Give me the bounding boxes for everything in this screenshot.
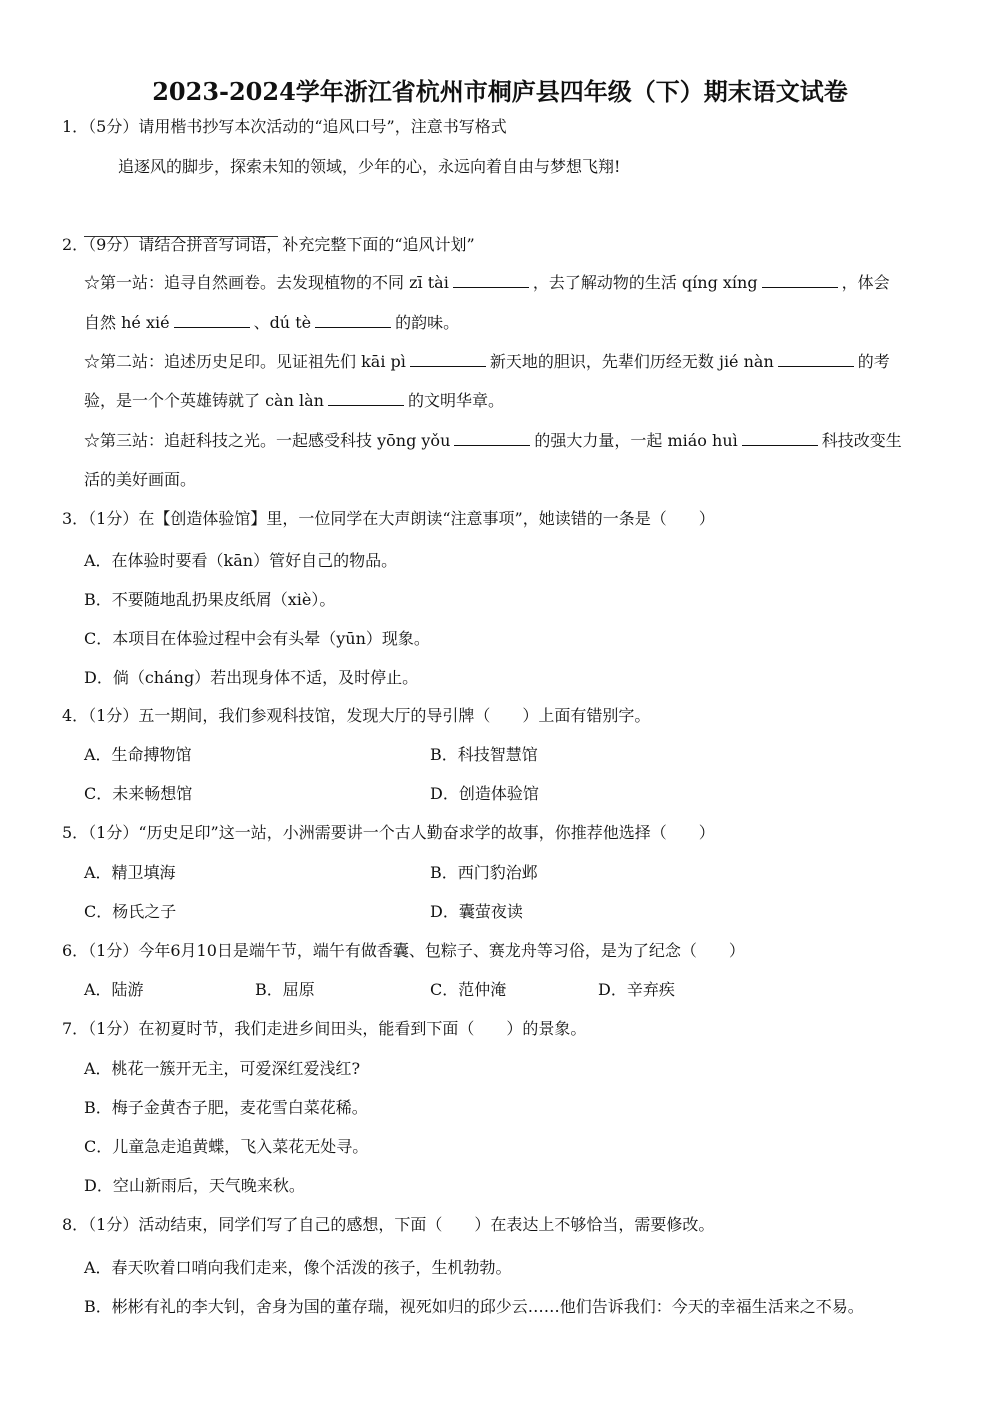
question-2-station-3-line-2: 活的美好画面。 <box>84 470 196 490</box>
question-5-option-c[interactable]: C．杨氏之子 <box>84 902 176 922</box>
station-2-text-b: 新天地的胆识，先辈们历经无数 jié nàn <box>490 352 774 371</box>
question-3-option-a[interactable]: A．在体验时要看（kān）管好自己的物品。 <box>84 551 397 571</box>
station-1-text-d: 自然 hé xié <box>84 313 170 332</box>
blank-canlan[interactable] <box>328 391 404 406</box>
question-6-option-b[interactable]: B．屈原 <box>255 980 315 1000</box>
blank-qingxing[interactable] <box>762 273 838 288</box>
blank-yongyou[interactable] <box>454 431 530 446</box>
question-4-stem: 4．（1分）五一期间，我们参观科技馆，发现大厅的导引牌（ ）上面有错别字。 <box>62 706 650 726</box>
question-2-station-3-line-1: ☆第三站：追赶科技之光。一起感受科技 yōng yǒu的强大力量，一起 miáo… <box>84 431 902 451</box>
question-2-stem: 2．（9分）请结合拼音写词语，补充完整下面的“追风计划” <box>62 235 475 255</box>
question-2-station-2-line-1: ☆第二站：追述历史足印。见证祖先们 kāi pì新天地的胆识，先辈们历经无数 j… <box>84 352 890 372</box>
question-6-option-d[interactable]: D．辛弃疾 <box>598 980 675 1000</box>
question-3-option-d[interactable]: D．倘（cháng）若出现身体不适，及时停止。 <box>84 668 418 688</box>
question-2-station-2-line-2: 验，是一个个英雄铸就了 càn làn的文明华章。 <box>84 391 504 411</box>
question-4-option-c[interactable]: C．未来畅想馆 <box>84 784 192 804</box>
question-3-stem: 3．（1分）在【创造体验馆】里，一位同学在大声朗读“注意事项”，她读错的一条是（… <box>62 509 715 529</box>
blank-miaohui[interactable] <box>742 431 818 446</box>
station-1-text-c: ，体会 <box>842 273 890 292</box>
station-3-text-a: ☆第三站：追赶科技之光。一起感受科技 yōng yǒu <box>84 431 450 450</box>
question-5-option-b[interactable]: B．西门豹治邺 <box>430 863 538 883</box>
question-3-option-c[interactable]: C．本项目在体验过程中会有头晕（yūn）现象。 <box>84 629 430 649</box>
question-2-station-1-line-1: ☆第一站：追寻自然画卷。去发现植物的不同 zī tài，去了解动物的生活 qín… <box>84 273 890 293</box>
question-8-option-b[interactable]: B．彬彬有礼的李大钊，舍身为国的董存瑞，视死如归的邱少云……他们告诉我们：今天的… <box>84 1297 864 1317</box>
question-8-option-a[interactable]: A．春天吹着口哨向我们走来，像个活泼的孩子，生机勃勃。 <box>84 1258 512 1278</box>
question-5-option-d[interactable]: D．囊萤夜读 <box>430 902 523 922</box>
blank-dute[interactable] <box>315 313 391 328</box>
station-1-text-f: 的韵味。 <box>395 313 459 332</box>
question-1-slogan: 追逐风的脚步，探索未知的领域，少年的心，永远向着自由与梦想飞翔! <box>118 157 620 177</box>
exam-title: 2023-2024学年浙江省杭州市桐庐县四年级（下）期末语文试卷 <box>0 72 1000 107</box>
question-7-option-d[interactable]: D．空山新雨后，天气晚来秋。 <box>84 1176 305 1196</box>
question-5-option-a[interactable]: A．精卫填海 <box>84 863 176 883</box>
station-3-text-b: 的强大力量，一起 miáo huì <box>534 431 737 450</box>
question-2-station-1-line-2: 自然 hé xié、dú tè的韵味。 <box>84 313 459 333</box>
question-7-option-b[interactable]: B．梅子金黄杏子肥，麦花雪白菜花稀。 <box>84 1098 368 1118</box>
question-5-stem: 5．（1分）“历史足印”这一站，小洲需要讲一个古人勤奋求学的故事，你推荐他选择（… <box>62 823 715 843</box>
station-1-text-a: ☆第一站：追寻自然画卷。去发现植物的不同 zī tài <box>84 273 449 292</box>
station-2-text-d: 验，是一个个英雄铸就了 càn làn <box>84 391 324 410</box>
blank-jienan[interactable] <box>778 352 854 367</box>
question-3-option-b[interactable]: B．不要随地乱扔果皮纸屑（xiè）。 <box>84 590 335 610</box>
question-4-option-a[interactable]: A．生命搏物馆 <box>84 745 192 765</box>
question-8-stem: 8．（1分）活动结束，同学们写了自己的感想，下面（ ）在表达上不够恰当，需要修改… <box>62 1215 714 1235</box>
station-1-text-e: 、dú tè <box>254 313 312 332</box>
question-4-option-b[interactable]: B．科技智慧馆 <box>430 745 538 765</box>
station-1-text-b: ，去了解动物的生活 qíng xíng <box>533 273 758 292</box>
question-1-stem: 1．（5分）请用楷书抄写本次活动的“追风口号”，注意书写格式 <box>62 117 507 137</box>
station-2-text-e: 的文明华章。 <box>408 391 504 410</box>
station-3-text-c: 科技改变生 <box>822 431 902 450</box>
question-7-stem: 7．（1分）在初夏时节，我们走进乡间田头，能看到下面（ ）的景象。 <box>62 1019 586 1039</box>
station-2-text-c: 的考 <box>858 352 890 371</box>
question-7-option-a[interactable]: A．桃花一簇开无主，可爱深红爱浅红? <box>84 1059 360 1079</box>
question-6-option-c[interactable]: C．范仲淹 <box>430 980 506 1000</box>
blank-zitai[interactable] <box>453 273 529 288</box>
question-6-option-a[interactable]: A．陆游 <box>84 980 144 1000</box>
station-2-text-a: ☆第二站：追述历史足印。见证祖先们 kāi pì <box>84 352 406 371</box>
question-4-option-d[interactable]: D．创造体验馆 <box>430 784 539 804</box>
blank-kaipi[interactable] <box>410 352 486 367</box>
question-6-stem: 6．（1分）今年6月10日是端午节，端午有做香囊、包粽子、赛龙舟等习俗，是为了纪… <box>62 941 745 961</box>
blank-hexie[interactable] <box>174 313 250 328</box>
question-7-option-c[interactable]: C．儿童急走追黄蝶，飞入菜花无处寻。 <box>84 1137 368 1157</box>
